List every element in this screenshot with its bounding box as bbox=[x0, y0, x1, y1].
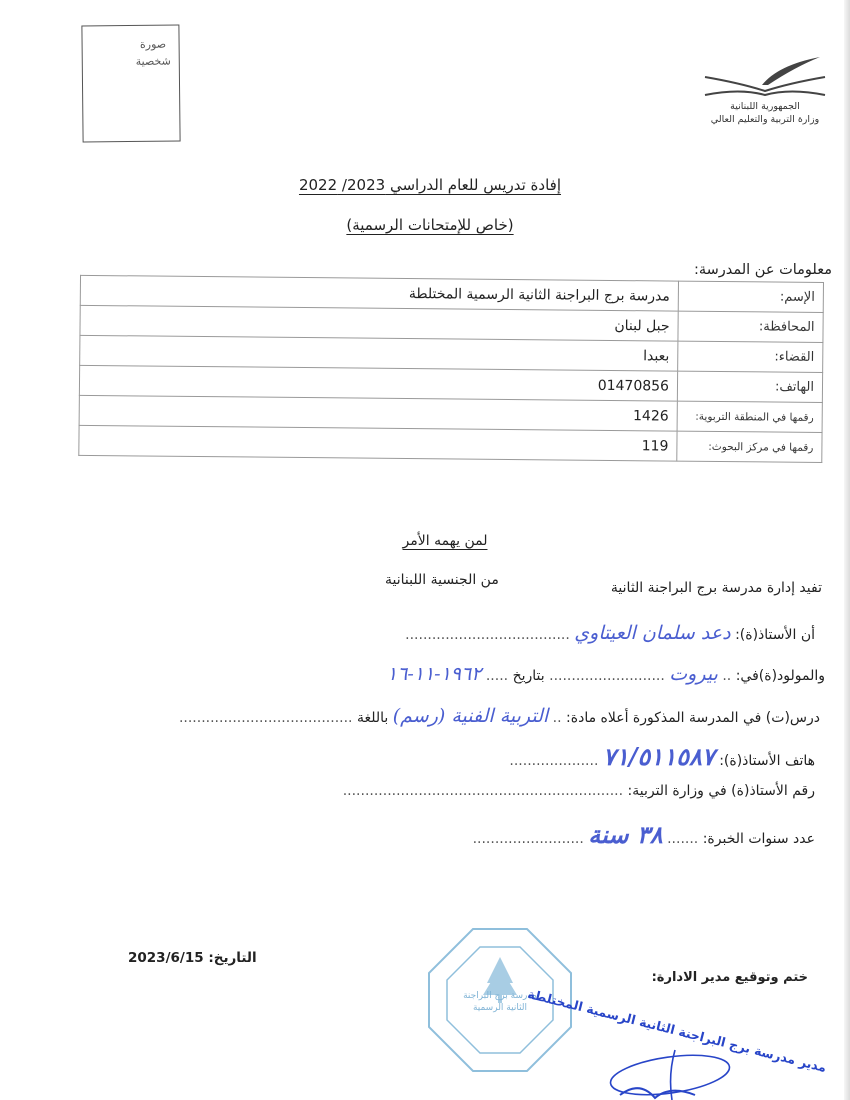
teacher-name-handwritten: دعد سلمان العيتاوي bbox=[574, 622, 730, 644]
phone-label: هاتف الأستاذ(ة): bbox=[719, 753, 815, 769]
issue-date: التاريخ: 2023/6/15 bbox=[128, 950, 257, 966]
language-label: باللغة bbox=[357, 710, 388, 726]
issue-date-label: التاريخ: bbox=[208, 950, 256, 966]
birth-line: والمولود(ة)في: .. بيروت ................… bbox=[387, 663, 825, 685]
dotted-fill: .................... bbox=[509, 753, 598, 769]
ministry-name: الجمهورية اللبنانية وزارة التربية والتعل… bbox=[690, 100, 840, 126]
republic-name: الجمهورية اللبنانية bbox=[690, 100, 840, 113]
row-label: رقمها في مركز البحوث: bbox=[677, 431, 822, 462]
intro-nationality: من الجنسية اللبنانية bbox=[385, 572, 499, 588]
photo-placeholder-label: صورة شخصية bbox=[135, 36, 170, 70]
dotted-fill: ......................... bbox=[473, 831, 584, 847]
ministry-number-line: رقم الأستاذ(ة) في وزارة التربية: .......… bbox=[343, 783, 815, 799]
teacher-name-line: أن الأستاذ(ة): دعد سلمان العيتاوي ......… bbox=[405, 622, 815, 644]
principal-signature-icon bbox=[600, 1040, 740, 1100]
teacher-phone-line: هاتف الأستاذ(ة): ٧١/٥١١٥٨٧ .............… bbox=[509, 742, 815, 771]
subject-line: درس(ت) في المدرسة المذكورة أعلاه مادة: .… bbox=[179, 705, 820, 727]
document-title: إفادة تدريس للعام الدراسي 2023/ 2022 bbox=[200, 176, 660, 194]
dotted-fill: ..... bbox=[486, 668, 508, 684]
dotted-fill: ....................................... bbox=[179, 710, 353, 726]
to-whom-text: لمن يهمه الأمر bbox=[403, 533, 488, 549]
subject-handwritten: التربية الفنية (رسم) bbox=[393, 705, 548, 727]
school-info-table: الإسم: مدرسة برج البراجنة الثانية الرسمي… bbox=[78, 275, 824, 463]
row-label: الإسم: bbox=[678, 281, 823, 312]
row-label: رقمها في المنطقة التربوية: bbox=[677, 401, 822, 432]
date-label: بتاريخ bbox=[513, 668, 545, 684]
dotted-fill: ..................................... bbox=[405, 627, 570, 643]
issue-date-value: 2023/6/15 bbox=[128, 950, 204, 966]
intro-school-line: تفيد إدارة مدرسة برج البراجنة الثانية bbox=[611, 580, 822, 596]
experience-line: عدد سنوات الخبرة: ....... ٣٨ سنة .......… bbox=[473, 820, 815, 849]
ministry-name-line: وزارة التربية والتعليم العالي bbox=[690, 113, 840, 126]
photo-placeholder-box: صورة شخصية bbox=[81, 24, 180, 142]
photo-label-line2: شخصية bbox=[136, 53, 171, 70]
principal-signature-label: ختم وتوقيع مدير الادارة: bbox=[652, 970, 808, 985]
to-whom-heading: لمن يهمه الأمر bbox=[380, 533, 510, 549]
row-label: المحافظة: bbox=[678, 311, 823, 342]
experience-label: عدد سنوات الخبرة: bbox=[703, 831, 815, 847]
dotted-fill: .. bbox=[722, 668, 731, 684]
teacher-phone-handwritten: ٧١/٥١١٥٨٧ bbox=[603, 742, 715, 771]
dotted-fill: ........................................… bbox=[343, 783, 623, 799]
dotted-fill: .......................... bbox=[549, 668, 665, 684]
subtitle-text: (خاص للإمتحانات الرسمية) bbox=[346, 216, 513, 234]
scan-edge-shadow bbox=[844, 0, 850, 1100]
experience-handwritten: ٣٨ سنة bbox=[588, 820, 662, 849]
birth-place-handwritten: بيروت bbox=[669, 663, 718, 685]
row-label: القضاء: bbox=[678, 341, 823, 372]
teacher-label: أن الأستاذ(ة): bbox=[735, 627, 815, 643]
dotted-fill: .. bbox=[553, 710, 562, 726]
document-subtitle: (خاص للإمتحانات الرسمية) bbox=[200, 216, 660, 234]
school-info-heading: معلومات عن المدرسة: bbox=[694, 262, 832, 278]
dotted-fill: ....... bbox=[667, 831, 698, 847]
taught-label: درس(ت) في المدرسة المذكورة أعلاه مادة: bbox=[566, 710, 820, 726]
row-value: 119 bbox=[79, 425, 677, 461]
ministry-number-label: رقم الأستاذ(ة) في وزارة التربية: bbox=[628, 783, 815, 799]
born-label: والمولود(ة)في: bbox=[736, 668, 825, 684]
birth-date-handwritten: ١٩٦٢-١١-١٦ bbox=[387, 663, 482, 685]
table-row: رقمها في مركز البحوث: 119 bbox=[79, 425, 822, 462]
photo-label-line1: صورة bbox=[135, 36, 170, 53]
title-text: إفادة تدريس للعام الدراسي 2023/ 2022 bbox=[299, 176, 561, 194]
row-label: الهاتف: bbox=[677, 371, 822, 402]
